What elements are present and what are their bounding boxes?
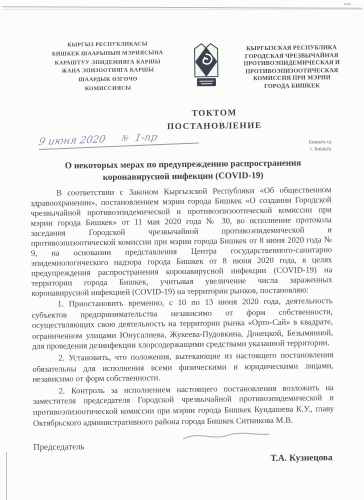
decree-item-3: 2. Контроль за исполнением настоящего по… [33,383,334,429]
city-emblem-icon [192,42,220,89]
letterhead-kyrgyz: КЫРГЫЗ РЕСПУБЛИКАСЫ БИШКЕК ШААРЫНЫН МЭРИ… [33,40,182,95]
letterhead-russian-line: ГОРОДА БИШКЕК [234,83,350,92]
signature-block: Председатель Т.А. Кузнецова [33,430,334,470]
letterhead-russian: КЫРГЫЗСКАЯ РЕСПУБЛИКА ГОРОДСКАЯ ЧРЕЗВЫЧА… [234,45,351,92]
preamble-paragraph: В соответствии с Законом Кыргызской Респ… [30,185,332,299]
number-sign: № [120,133,129,142]
document-content: КЫРГЫЗ РЕСПУБЛИКАСЫ БИШКЕК ШААРЫНЫН МЭРИ… [0,0,364,500]
decree-title: О некоторых мерах по предупреждению расп… [37,157,329,184]
signatory-name: Т.А. Кузнецова [270,452,332,463]
decree-item-1: 1. Приостановить временно, с 10 по 13 ию… [32,296,334,353]
decree-body: В соответствии с Законом Кыргызской Респ… [30,185,334,470]
signature-mark [181,427,271,449]
signatory-role: Председатель [33,441,84,452]
decree-item-2: 2. Установить, что положения, вытекающие… [32,350,333,385]
letterhead-kyrgyz-line: КОМИССИЯСЫ [34,84,182,95]
date-number-line: 9 июня 2020 № 1-пр [38,126,199,150]
handwritten-date: 9 июня 2020 [38,134,107,148]
place-russian: г. Бишкек [295,146,347,153]
scanned-decree-page: КЫРГЫЗ РЕСПУБЛИКАСЫ БИШКЕК ШААРЫНЫН МЭРИ… [0,0,364,500]
handwritten-number: 1-пр [133,132,158,144]
place-block: Бишкек ш. г. Бишкек [295,139,347,153]
